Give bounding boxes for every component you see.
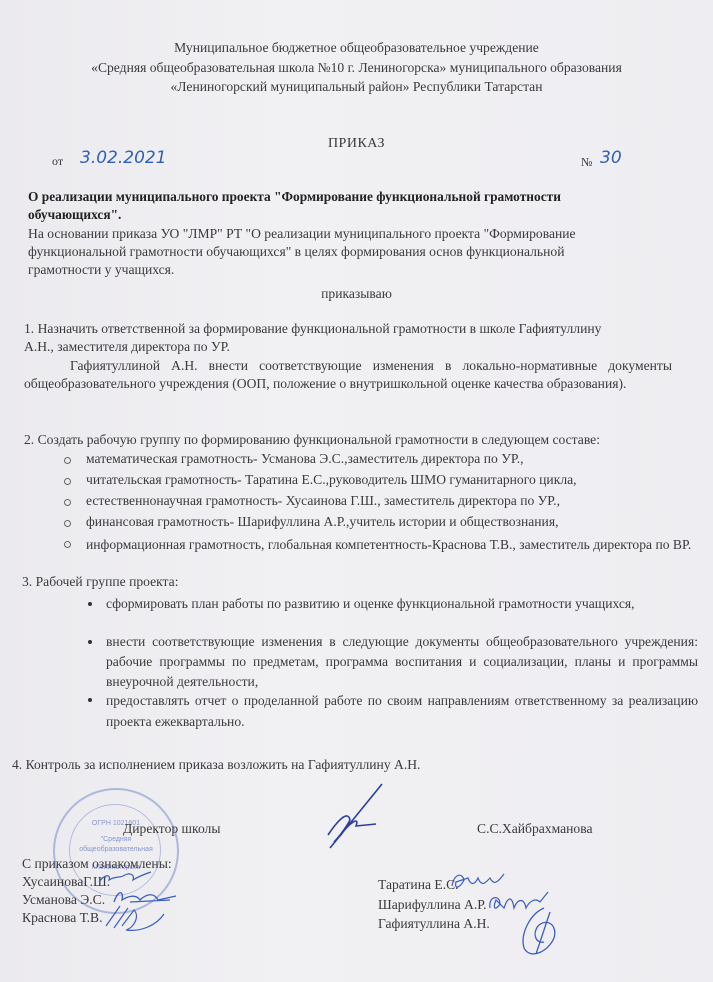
signature-krasnova-icon	[100, 902, 170, 934]
director-position: Директор школы	[123, 821, 220, 837]
acknowledged-left-name: Усманова Э.С.	[22, 892, 105, 908]
working-group-member: читательская грамотность- Таратина Е.С.,…	[86, 472, 577, 488]
project-task: предоставлять отчет о проделанной работе…	[106, 690, 698, 732]
preamble-line-3: грамотности у учащихся.	[28, 262, 174, 278]
scanned-document-page: Муниципальное бюджетное общеобразователь…	[0, 0, 713, 982]
bullet-dot-icon	[88, 698, 92, 702]
circle-bullet-icon	[64, 541, 71, 548]
subject-line-1: О реализации муниципального проекта "Фор…	[28, 189, 561, 205]
number-label: №	[581, 155, 592, 170]
acknowledged-right-name: Гафиятуллина А.Н.	[378, 916, 490, 932]
director-name: С.С.Хайбрахманова	[477, 821, 593, 837]
directive-word: приказываю	[0, 286, 713, 302]
circle-bullet-icon	[64, 457, 71, 464]
project-task: внести соответствующие изменения в следу…	[106, 632, 698, 692]
project-task: сформировать план работы по развитию и о…	[106, 594, 676, 613]
subject-line-2: обучающихся".	[28, 207, 121, 223]
bullet-dot-icon	[88, 640, 92, 644]
working-group-member: информационная грамотность, глобальная к…	[86, 535, 692, 554]
item-1-line-2: А.Н., заместителя директора по УР.	[24, 339, 230, 355]
order-number-handwritten: 30	[600, 148, 622, 168]
order-date-handwritten: 3.02.2021	[80, 148, 167, 168]
org-header-line-2: «Средняя общеобразовательная школа №10 г…	[0, 60, 713, 76]
stamp-text: "Средняя	[55, 836, 177, 843]
preamble-line-1: На основании приказа УО "ЛМР" РТ "О реал…	[28, 226, 576, 242]
signature-gafiyatullina-icon	[500, 904, 570, 962]
preamble-line-2: функциональной грамотности обучающихся" …	[28, 244, 564, 260]
item-3-intro: 3. Рабочей группе проекта:	[22, 574, 178, 590]
stamp-text: общеобразовательная	[55, 846, 177, 853]
working-group-member: финансовая грамотность- Шарифуллина А.Р.…	[86, 514, 558, 530]
circle-bullet-icon	[64, 478, 71, 485]
org-header-line-1: Муниципальное бюджетное общеобразователь…	[0, 40, 713, 56]
director-signature-icon	[320, 780, 390, 850]
acknowledged-left-name: Краснова Т.В.	[22, 910, 102, 926]
working-group-member: математическая грамотность- Усманова Э.С…	[86, 451, 524, 467]
item-1-sub-paragraph: Гафиятуллиной А.Н. внести соответствующи…	[24, 357, 672, 393]
acknowledged-right-name: Таратина Е.С.	[378, 877, 459, 893]
item-1-line-1: 1. Назначить ответственной за формирован…	[24, 321, 601, 337]
org-header-line-3: «Лениногорский муниципальный район» Респ…	[0, 79, 713, 95]
circle-bullet-icon	[64, 520, 71, 527]
working-group-member: естественнонаучная грамотность- Хусаинов…	[86, 493, 560, 509]
date-label: от	[52, 154, 63, 169]
bullet-dot-icon	[88, 602, 92, 606]
acknowledged-right-name: Шарифуллина А.Р.	[378, 897, 487, 913]
item-2-intro: 2. Создать рабочую группу по формировани…	[24, 432, 600, 448]
item-4-control: 4. Контроль за исполнением приказа возло…	[12, 757, 420, 773]
circle-bullet-icon	[64, 499, 71, 506]
